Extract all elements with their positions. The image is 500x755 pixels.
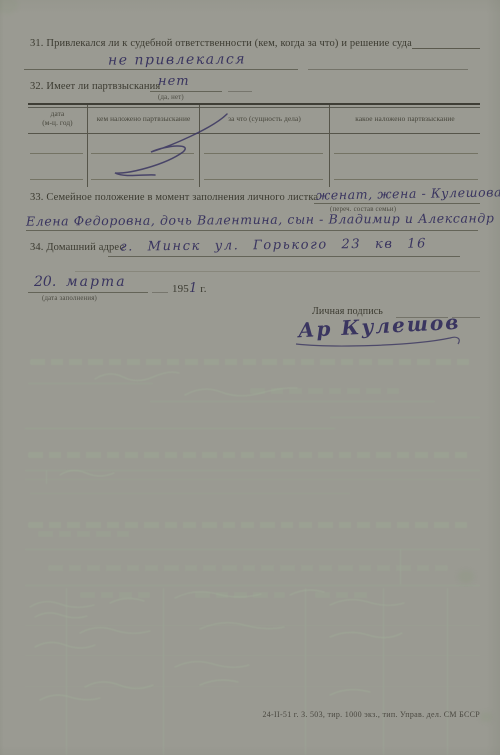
col-date-header: дата xyxy=(28,109,87,118)
question-31-blank-line xyxy=(412,36,480,49)
bleed-through-rule xyxy=(28,383,153,384)
table-header-rule xyxy=(28,133,480,134)
question-33-answer-line2-handwriting: Елена Федоровна, дочь Валентина, сын - В… xyxy=(26,210,495,228)
bleed-through-text-line xyxy=(38,531,133,537)
question-33-answer-line1-handwriting: женат, жена - Кулешова xyxy=(316,184,500,202)
paper-smudge xyxy=(480,712,492,722)
col-imposed-by-header: кем наложено партвзыскание xyxy=(88,114,199,123)
answer-underline xyxy=(26,230,478,231)
col-reason-header: за что (сущность дела) xyxy=(200,114,329,123)
writing-line xyxy=(334,179,478,180)
bleed-through-column-rule xyxy=(163,588,164,755)
date-year-digit-handwriting: 1 xyxy=(189,281,197,296)
bleed-through-text-line xyxy=(250,388,400,394)
answer-underline xyxy=(228,91,252,92)
bleed-through-text-line xyxy=(80,592,150,598)
party-sanctions-table: дата (м-ц. год) кем наложено партвзыскан… xyxy=(28,103,480,187)
bleed-through-rule xyxy=(25,470,480,471)
bleed-through-rule xyxy=(25,625,480,626)
col-date-header-sub: (м-ц. год) xyxy=(28,118,87,127)
bleed-through-text-line xyxy=(30,359,470,365)
question-34-label: 34. Домашний адрес xyxy=(30,242,124,253)
bleed-through-rule xyxy=(330,417,480,418)
table-column-sanction: какое наложено партвзыскание xyxy=(330,105,480,187)
question-32-answer-handwriting: нет xyxy=(158,74,190,89)
bleed-through-rule xyxy=(150,401,435,402)
answer-underline xyxy=(314,203,480,204)
date-hint: (дата заполнения) xyxy=(42,295,97,302)
col-sanction-header: какое наложено партвзыскание xyxy=(330,114,480,123)
answer-underline xyxy=(24,69,298,70)
question-31-row: 31. Привлекался ли к судебной ответствен… xyxy=(30,36,480,49)
bleed-through-column-rule xyxy=(447,588,448,755)
bleed-through-text-line xyxy=(28,452,473,458)
writing-line xyxy=(30,179,83,180)
question-33-label: 33. Семейное положение в момент заполнен… xyxy=(30,192,318,203)
bleed-through-text-line xyxy=(28,522,468,528)
bleed-through-rule xyxy=(46,470,47,484)
table-column-imposed-by: кем наложено партвзыскание xyxy=(88,105,200,187)
question-32-label: 32. Имеет ли партвзыскания xyxy=(30,81,160,92)
question-31-answer-handwriting: не привлекался xyxy=(108,51,246,68)
bleed-through-handwriting xyxy=(0,355,500,755)
answer-underline xyxy=(108,256,460,257)
writing-line xyxy=(204,153,323,154)
table-column-reason: за что (сущность дела) xyxy=(200,105,330,187)
writing-line xyxy=(334,153,478,154)
table-column-date: дата (м-ц. год) xyxy=(28,105,88,187)
bleed-through-rule xyxy=(25,686,480,687)
bleed-through-rule xyxy=(25,428,335,429)
date-month-handwriting: марта xyxy=(66,274,127,290)
bleed-through-text-line xyxy=(195,592,285,598)
question-32-hint: (да, нет) xyxy=(158,94,184,101)
date-day-handwriting: 20. xyxy=(34,274,56,290)
paper-smudge xyxy=(0,0,18,14)
bleed-through-text-line xyxy=(48,565,448,571)
bleed-through-column-rule xyxy=(66,588,67,755)
answer-underline xyxy=(150,91,222,92)
date-year: 1951 г. xyxy=(172,281,207,296)
paper-smudge xyxy=(458,570,474,583)
date-year-suffix: г. xyxy=(200,283,206,295)
bleed-through-rule xyxy=(25,655,480,656)
bleed-through-column-rule xyxy=(383,588,384,755)
question-31-label: 31. Привлекался ли к судебной ответствен… xyxy=(30,38,412,49)
date-underline xyxy=(28,292,148,293)
date-underline xyxy=(152,292,168,293)
question-34-answer-handwriting: г. Минск ул. Горького 23 кв 16 xyxy=(120,236,427,254)
writing-line xyxy=(30,153,83,154)
bleed-through-text-line xyxy=(315,592,370,598)
printer-imprint: 24-II-51 г. З. 503, тир. 1000 экз., тип.… xyxy=(262,710,480,719)
bleed-through-rule xyxy=(25,479,480,480)
scanned-form-page: 31. Привлекался ли к судебной ответствен… xyxy=(0,0,500,755)
writing-line xyxy=(91,179,194,180)
bleed-through-rule xyxy=(25,549,480,550)
date-year-printed: 195 xyxy=(172,283,189,295)
answer-underline xyxy=(308,69,468,70)
bleed-through-column-rule xyxy=(305,588,306,755)
bleed-through-rule xyxy=(30,493,350,494)
section-rule xyxy=(75,271,480,272)
writing-line xyxy=(204,179,323,180)
bleed-through-rule xyxy=(25,585,480,586)
writing-line xyxy=(91,153,194,154)
